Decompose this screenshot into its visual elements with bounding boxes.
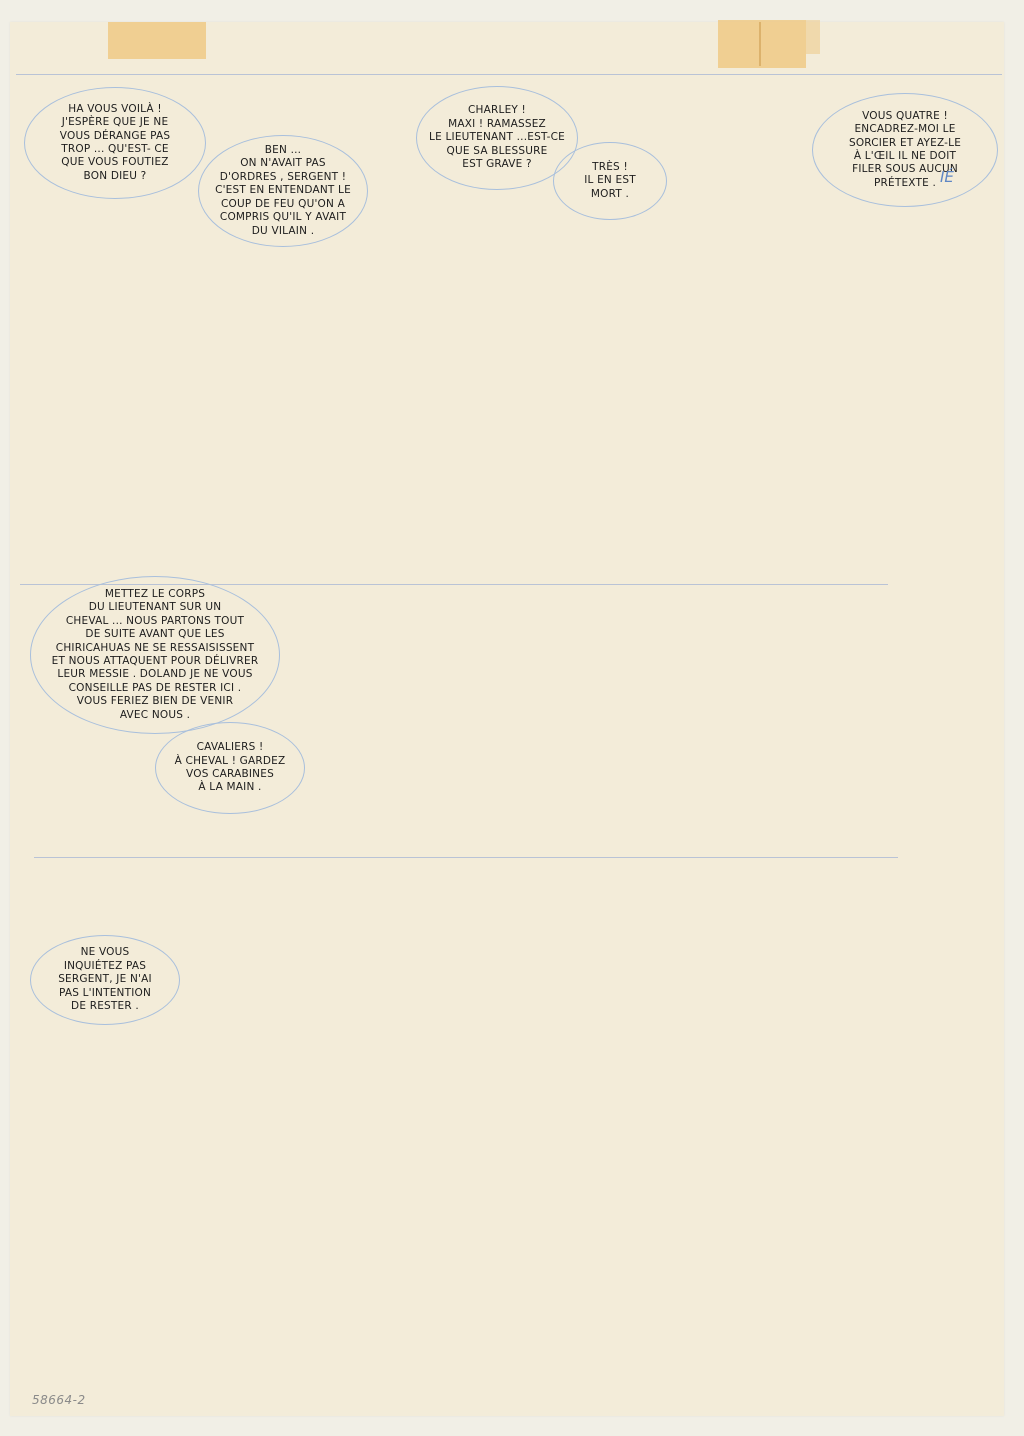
margin-correction-mark: IÉ (940, 168, 954, 186)
speech-balloon-7: CAVALIERS ! À CHEVAL ! GARDEZ VOS CARABI… (155, 722, 305, 814)
speech-balloon-1: HA VOUS VOILÀ ! J'ESPÈRE QUE JE NE VOUS … (24, 87, 206, 199)
balloon-text: CAVALIERS ! À CHEVAL ! GARDEZ VOS CARABI… (175, 741, 286, 795)
panel-border-lower (34, 857, 898, 858)
balloon-text: NE VOUS INQUIÉTEZ PAS SERGENT, JE N'AI P… (58, 946, 152, 1013)
tape-crease (759, 22, 761, 66)
speech-balloon-2: BEN ... ON N'AVAIT PAS D'ORDRES , SERGEN… (198, 135, 368, 247)
catalog-number: 58664-2 (32, 1393, 86, 1407)
panel-border-top (16, 74, 1002, 75)
masking-tape-right (718, 20, 806, 68)
balloon-text: BEN ... ON N'AVAIT PAS D'ORDRES , SERGEN… (215, 144, 351, 238)
masking-tape-right-overlap (806, 20, 820, 54)
speech-balloon-5: VOUS QUATRE ! ENCADREZ-MOI LE SORCIER ET… (812, 93, 998, 207)
balloon-text: METTEZ LE CORPS DU LIEUTENANT SUR UN CHE… (52, 588, 259, 722)
speech-balloon-6: METTEZ LE CORPS DU LIEUTENANT SUR UN CHE… (30, 576, 280, 734)
speech-balloon-8: NE VOUS INQUIÉTEZ PAS SERGENT, JE N'AI P… (30, 935, 180, 1025)
balloon-text: HA VOUS VOILÀ ! J'ESPÈRE QUE JE NE VOUS … (60, 103, 170, 183)
balloon-text: CHARLEY ! MAXI ! RAMASSEZ LE LIEUTENANT … (429, 104, 565, 171)
speech-balloon-4: TRÈS ! IL EN EST MORT . (553, 142, 667, 220)
masking-tape-left (108, 22, 206, 59)
balloon-text: TRÈS ! IL EN EST MORT . (584, 161, 636, 201)
